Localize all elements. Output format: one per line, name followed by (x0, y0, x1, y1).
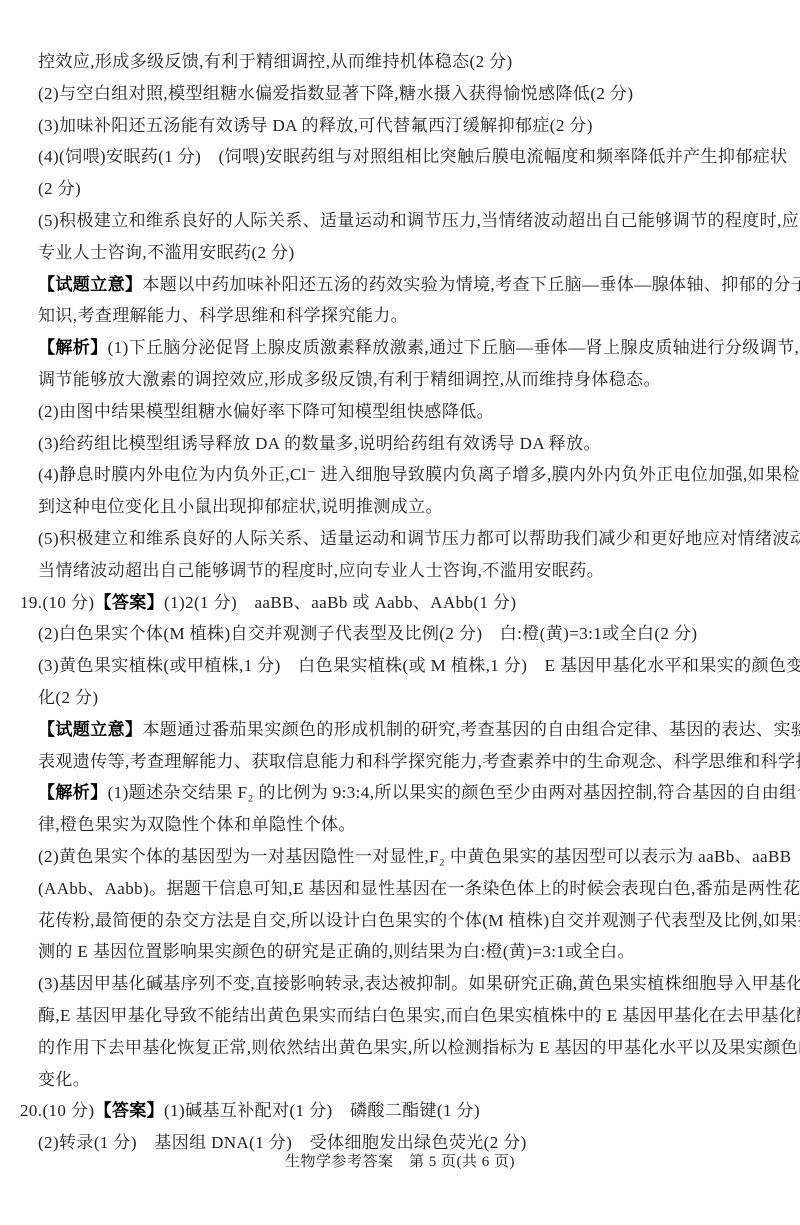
text-segment: 控效应,形成多级反馈,有利于精细调控,从而维持机体稳态(2 分) (38, 52, 513, 71)
text-segment: (2)由图中结果模型组糖水偏好率下降可知模型组快感降低。 (38, 402, 494, 421)
text-line: (2)白色果实个体(M 植株)自交并观测子代表型及比例(2 分) 白:橙(黄)=… (0, 618, 800, 650)
text-segment: (3)给药组比模型组诱导释放 DA 的数量多,说明给药组有效诱导 DA 释放。 (38, 434, 601, 453)
section-header: 【试题立意】 (38, 275, 142, 294)
text-line: 到这种电位变化且小鼠出现抑郁症状,说明推测成立。 (0, 491, 800, 523)
page-footer: 生物学参考答案 第 5 页(共 6 页) (0, 1150, 800, 1171)
text-line: 花传粉,最简便的杂交方法是自交,所以设计白色果实的个体(M 植株)自交并观测子代… (0, 905, 800, 937)
section-header: 【解析】 (38, 783, 108, 802)
text-line: (4)(饲喂)安眠药(1 分) (饲喂)安眠药组与对照组相比突触后膜电流幅度和频… (0, 141, 800, 173)
text-line: (4)静息时膜内外电位为内负外正,Cl⁻ 进入细胞导致膜内负离子增多,膜内外内负… (0, 459, 800, 491)
text-line: 酶,E 基因甲基化导致不能结出黄色果实而结白色果实,而白色果实植株中的 E 基因… (0, 1000, 800, 1032)
text-segment: 当情绪波动超出自己能够调节的程度时,应向专业人士咨询,不滥用安眠药。 (38, 561, 604, 580)
text-segment: 律,橙色果实为双隐性个体和单隐性个体。 (38, 815, 356, 834)
text-segment: 化(2 分) (38, 688, 98, 707)
text-line: 19.(10 分)【答案】(1)2(1 分) aaBB、aaBb 或 Aabb、… (0, 587, 800, 619)
text-segment: (2)与空白组对照,模型组糖水偏爱指数显著下降,糖水摄入获得愉悦感降低(2 分) (38, 84, 633, 103)
text-line: 调节能够放大激素的调控效应,形成多级反馈,有利于精细调控,从而维持身体稳态。 (0, 364, 800, 396)
section-header: 【试题立意】 (38, 720, 142, 739)
text-line: 的作用下去甲基化恢复正常,则依然结出黄色果实,所以检测指标为 E 基因的甲基化水… (0, 1032, 800, 1064)
text-segment: (3)加味补阳还五汤能有效诱导 DA 的释放,可代替氟西汀缓解抑郁症(2 分) (38, 116, 593, 135)
text-line: 化(2 分) (0, 682, 800, 714)
text-line: (2)与空白组对照,模型组糖水偏爱指数显著下降,糖水摄入获得愉悦感降低(2 分) (0, 78, 800, 110)
text-line: 控效应,形成多级反馈,有利于精细调控,从而维持机体稳态(2 分) (0, 46, 800, 78)
text-line: (3)加味补阳还五汤能有效诱导 DA 的释放,可代替氟西汀缓解抑郁症(2 分) (0, 110, 800, 142)
section-header: 【答案】 (94, 1101, 164, 1120)
text-segment: 本题通过番茄果实颜色的形成机制的研究,考查基因的自由组合定律、基因的表达、实验设… (142, 720, 800, 739)
text-segment: (1)题述杂交结果 F₂ 的比例为 9:3:4,所以果实的颜色至少由两对基因控制… (108, 783, 800, 802)
text-segment: (AAbb、Aabb)。据题干信息可知,E 基因和显性基因在一条染色体上的时候会… (38, 879, 800, 898)
text-segment: 调节能够放大激素的调控效应,形成多级反馈,有利于精细调控,从而维持身体稳态。 (38, 370, 661, 389)
text-segment: 表观遗传等,考查理解能力、获取信息能力和科学探究能力,考查素养中的生命观念、科学… (38, 752, 800, 771)
document-body: 控效应,形成多级反馈,有利于精细调控,从而维持机体稳态(2 分)(2)与空白组对… (0, 0, 800, 1159)
text-segment: 的作用下去甲基化恢复正常,则依然结出黄色果实,所以检测指标为 E 基因的甲基化水… (38, 1038, 800, 1057)
text-line: 律,橙色果实为双隐性个体和单隐性个体。 (0, 809, 800, 841)
text-segment: 酶,E 基因甲基化导致不能结出黄色果实而结白色果实,而白色果实植株中的 E 基因… (38, 1006, 800, 1025)
section-header: 【答案】 (94, 593, 164, 612)
text-segment: 测的 E 基因位置影响果实颜色的研究是正确的,则结果为白:橙(黄)=3:1或全白… (38, 942, 635, 961)
text-line: (AAbb、Aabb)。据题干信息可知,E 基因和显性基因在一条染色体上的时候会… (0, 873, 800, 905)
text-line: (2 分) (0, 173, 800, 205)
text-line: 表观遗传等,考查理解能力、获取信息能力和科学探究能力,考查素养中的生命观念、科学… (0, 746, 800, 778)
text-line: 测的 E 基因位置影响果实颜色的研究是正确的,则结果为白:橙(黄)=3:1或全白… (0, 936, 800, 968)
text-line: 专业人士咨询,不滥用安眠药(2 分) (0, 237, 800, 269)
text-segment: (1)下丘脑分泌促肾上腺皮质激素释放激素,通过下丘脑—垂体—肾上腺皮质轴进行分级… (108, 338, 800, 357)
text-line: (3)给药组比模型组诱导释放 DA 的数量多,说明给药组有效诱导 DA 释放。 (0, 428, 800, 460)
text-segment: 花传粉,最简便的杂交方法是自交,所以设计白色果实的个体(M 植株)自交并观测子代… (38, 911, 800, 930)
section-header: 【解析】 (38, 338, 108, 357)
text-line: (5)积极建立和维系良好的人际关系、适量运动和调节压力,当情绪波动超出自己能够调… (0, 205, 800, 237)
text-line: 【解析】(1)题述杂交结果 F₂ 的比例为 9:3:4,所以果实的颜色至少由两对… (0, 777, 800, 809)
text-line: (3)基因甲基化碱基序列不变,直接影响转录,表达被抑制。如果研究正确,黄色果实植… (0, 968, 800, 1000)
text-segment: (4)(饲喂)安眠药(1 分) (饲喂)安眠药组与对照组相比突触后膜电流幅度和频… (38, 147, 788, 166)
text-segment: 20.(10 分) (20, 1101, 94, 1120)
answer-sheet-page: 控效应,形成多级反馈,有利于精细调控,从而维持机体稳态(2 分)(2)与空白组对… (0, 0, 800, 1225)
text-segment: 专业人士咨询,不滥用安眠药(2 分) (38, 243, 295, 262)
text-segment: (2)黄色果实个体的基因型为一对基因隐性一对显性,F₂ 中黄色果实的基因型可以表… (38, 847, 791, 866)
text-segment: (2 分) (38, 179, 81, 198)
text-line: 知识,考查理解能力、科学思维和科学探究能力。 (0, 300, 800, 332)
text-segment: (5)积极建立和维系良好的人际关系、适量运动和调节压力都可以帮助我们减少和更好地… (38, 529, 800, 548)
text-segment: 到这种电位变化且小鼠出现抑郁症状,说明推测成立。 (38, 497, 443, 516)
text-segment: 19.(10 分) (20, 593, 94, 612)
text-line: (2)由图中结果模型组糖水偏好率下降可知模型组快感降低。 (0, 396, 800, 428)
text-line: 【试题立意】本题以中药加味补阳还五汤的药效实验为情境,考查下丘脑—垂体—腺体轴、… (0, 269, 800, 301)
text-segment: (3)黄色果实植株(或甲植株,1 分) 白色果实植株(或 M 植株,1 分) E… (38, 656, 800, 675)
text-line: 【试题立意】本题通过番茄果实颜色的形成机制的研究,考查基因的自由组合定律、基因的… (0, 714, 800, 746)
text-line: 20.(10 分)【答案】(1)碱基互补配对(1 分) 磷酸二酯键(1 分) (0, 1095, 800, 1127)
text-segment: (2)白色果实个体(M 植株)自交并观测子代表型及比例(2 分) 白:橙(黄)=… (38, 624, 697, 643)
text-segment: (5)积极建立和维系良好的人际关系、适量运动和调节压力,当情绪波动超出自己能够调… (38, 211, 800, 230)
text-segment: (3)基因甲基化碱基序列不变,直接影响转录,表达被抑制。如果研究正确,黄色果实植… (38, 974, 800, 993)
text-segment: 变化。 (38, 1070, 90, 1089)
text-line: (5)积极建立和维系良好的人际关系、适量运动和调节压力都可以帮助我们减少和更好地… (0, 523, 800, 555)
text-segment: 知识,考查理解能力、科学思维和科学探究能力。 (38, 306, 408, 325)
text-segment: (4)静息时膜内外电位为内负外正,Cl⁻ 进入细胞导致膜内负离子增多,膜内外内负… (38, 465, 800, 484)
text-line: 【解析】(1)下丘脑分泌促肾上腺皮质激素释放激素,通过下丘脑—垂体—肾上腺皮质轴… (0, 332, 800, 364)
text-line: (2)黄色果实个体的基因型为一对基因隐性一对显性,F₂ 中黄色果实的基因型可以表… (0, 841, 800, 873)
text-line: 变化。 (0, 1064, 800, 1096)
text-line: 当情绪波动超出自己能够调节的程度时,应向专业人士咨询,不滥用安眠药。 (0, 555, 800, 587)
text-segment: 本题以中药加味补阳还五汤的药效实验为情境,考查下丘脑—垂体—腺体轴、抑郁的分子机… (142, 275, 800, 294)
text-line: (3)黄色果实植株(或甲植株,1 分) 白色果实植株(或 M 植株,1 分) E… (0, 650, 800, 682)
text-segment: (1)2(1 分) aaBB、aaBb 或 Aabb、AAbb(1 分) (164, 593, 516, 612)
text-segment: (1)碱基互补配对(1 分) 磷酸二酯键(1 分) (164, 1101, 480, 1120)
